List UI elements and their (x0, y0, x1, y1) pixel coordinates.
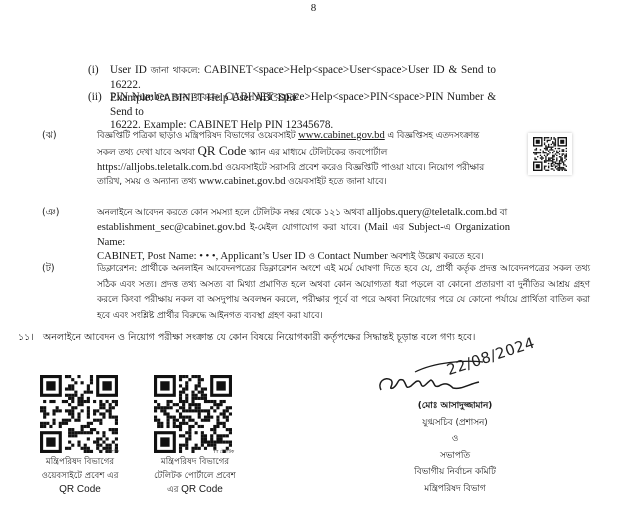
teletalk-portal-link[interactable]: https://alljobs.teletalk.com.bd (97, 162, 223, 173)
teletalk-email-link[interactable]: alljobs.query@teletalk.com.bd (367, 207, 497, 218)
page-number: 8 (0, 2, 627, 14)
signatory-block: (মোঃ আসাদুজ্জামান) যুগ্মসচিব (প্রশাসন) ও… (385, 398, 525, 497)
list-marker: (ঞ) (42, 206, 59, 221)
paragraph-website-info: (ঝ) বিজ্ঞপ্তিটি পত্রিকা ছাড়াও মন্ত্রিপর… (42, 129, 510, 190)
qr-code-teletalk-portal (154, 375, 232, 453)
signatory-designation: যুগ্মসচিব (প্রশাসন) (385, 415, 525, 432)
list-marker: (i) (88, 64, 99, 78)
qr-code-cabinet-website (40, 375, 118, 453)
signatory-office: মন্ত্রিপরিষদ বিভাগ (385, 481, 525, 498)
cabinet-website-link-2[interactable]: www.cabinet.gov.bd (199, 176, 286, 187)
item-11-final-decision: ১১। অনলাইনে আবেদন ও নিয়োগ পরীক্ষা সংক্র… (18, 331, 578, 346)
list-marker: ১১। (18, 331, 34, 346)
signatory-committee: বিভাগীয় নির্বাচন কমিটি (385, 464, 525, 481)
qr-code-icon (40, 375, 118, 453)
list-marker: (ii) (88, 91, 102, 105)
signatory-conjunction: ও (385, 431, 525, 448)
qr-code-icon (528, 133, 572, 175)
qr-caption-teletalk: মন্ত্রিপরিষদ বিভাগের টেলিটক পোর্টালে প্র… (135, 455, 255, 497)
cabinet-website-link[interactable]: www.cabinet.gov.bd (298, 130, 385, 141)
cabinet-email-link[interactable]: establishment_sec@cabinet.gov.bd (97, 222, 246, 233)
signatory-role: সভাপতি (385, 448, 525, 465)
list-marker: (ঝ) (42, 129, 57, 144)
sms-help-pin: (ii) PIN Number জানা থাকলে: CABINET<spac… (88, 91, 496, 133)
qr-code-icon (154, 375, 232, 453)
paragraph-contact-info: (ঞ) অনলাইনে আবেদন করতে কোন সমস্যা হলে টে… (42, 206, 510, 265)
qr-caption-website: মন্ত্রিপরিষদ বিভাগের ওয়েবসাইটে প্রবেশ এ… (20, 455, 140, 497)
signatory-name: (মোঃ আসাদুজ্জামান) (385, 398, 525, 415)
list-marker: (ট) (42, 262, 55, 277)
paragraph-declaration: (ট) ডিক্লারেশন: প্রার্থীকে অনলাইন আবেদনপ… (42, 262, 590, 324)
qr-code-small (528, 133, 572, 175)
